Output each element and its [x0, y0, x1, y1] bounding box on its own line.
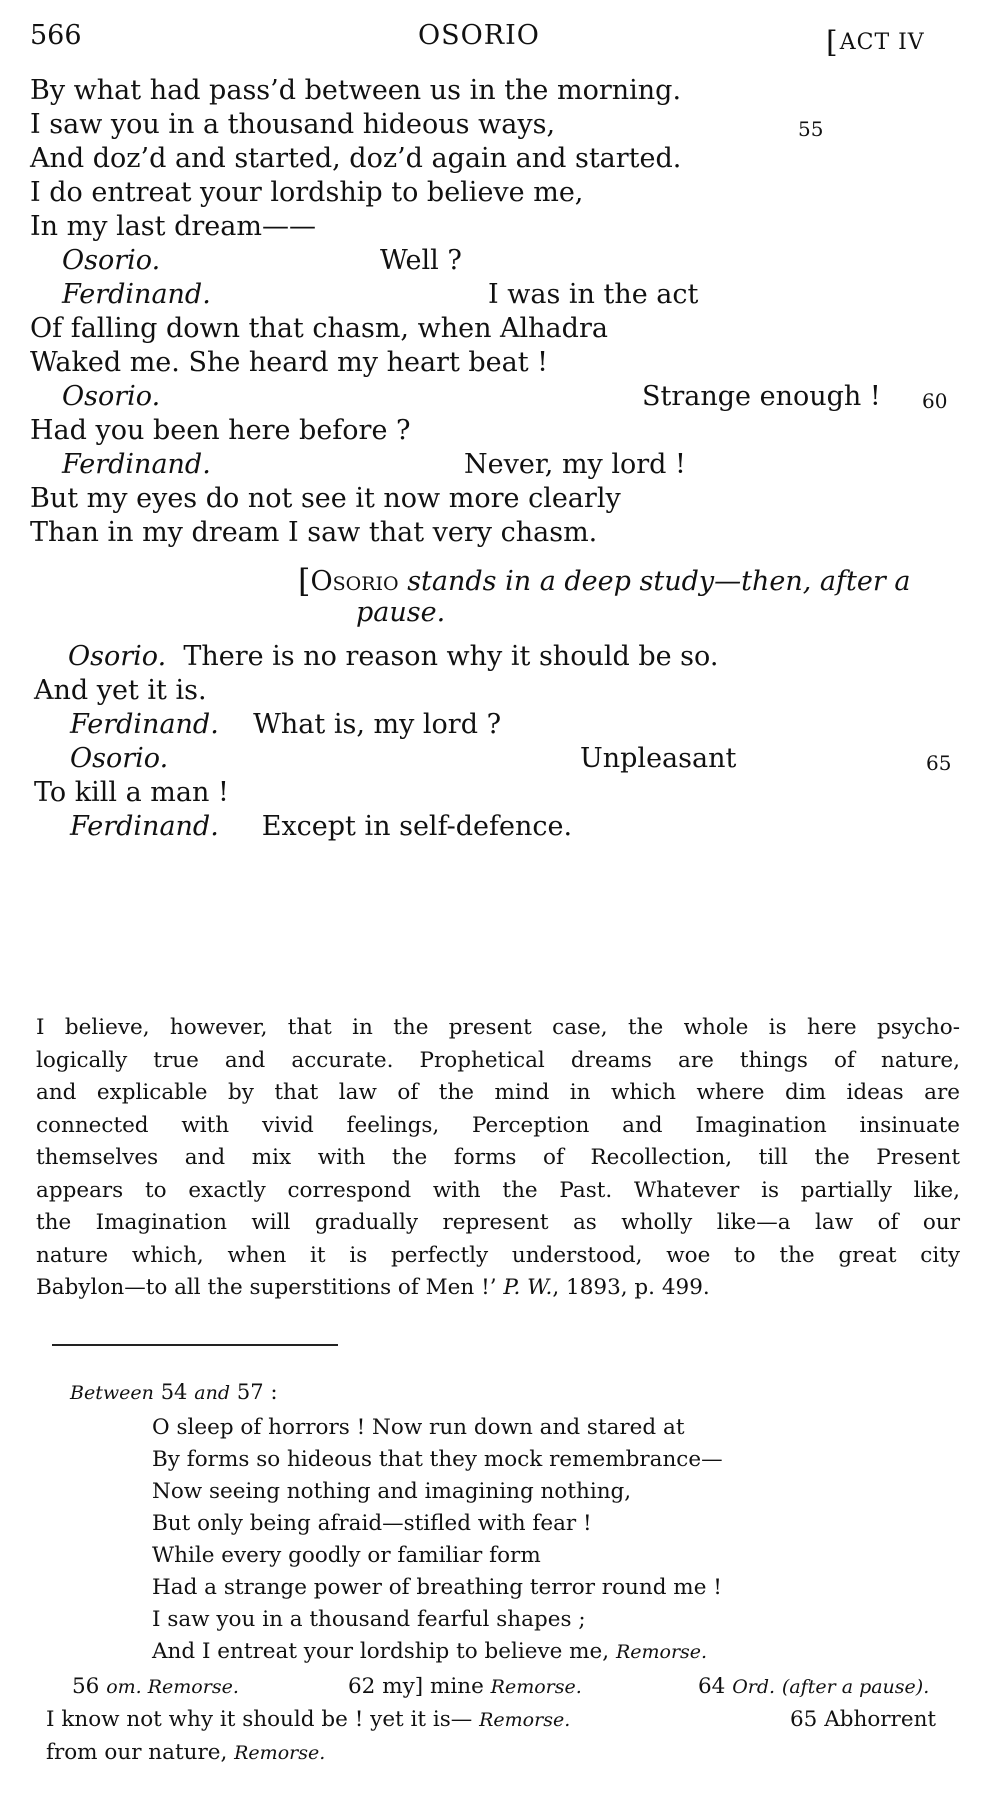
bracket: [	[826, 25, 839, 60]
verse-line: Had you been here before ?	[30, 414, 411, 448]
speaker-name: Ferdinand.	[62, 278, 211, 312]
verse-line: And yet it is.	[34, 674, 207, 708]
heading-punct: :	[264, 1380, 278, 1405]
verse-line: By what had pass’d between us in the mor…	[30, 74, 681, 108]
verse-line: I saw you in a thousand hideous ways,	[30, 108, 555, 142]
heading-text: and	[194, 1382, 230, 1404]
verse-line: Never, my lord !	[464, 448, 686, 482]
apparatus-note-64: 64 Ord. (after a pause).	[698, 1670, 929, 1704]
verse-line: I was in the act	[488, 278, 698, 312]
verse-line: Ferdinand. What is, my lord ?	[70, 708, 501, 742]
variant-line: While every goodly or familiar form	[152, 1540, 541, 1573]
section-label: [ACT IV	[826, 24, 925, 59]
verse-line: To kill a man !	[34, 776, 229, 810]
source-ref: Remorse.	[616, 1641, 707, 1663]
verse-line: Osorio. There is no reason why it should…	[68, 640, 718, 674]
note-text: om. Remorse.	[106, 1676, 239, 1698]
verse-line: Unpleasant	[580, 742, 736, 776]
speaker-name: Osorio.	[68, 641, 166, 672]
speaker-name: Ferdinand.	[70, 811, 219, 842]
commentary-line: the Imagination will gradually represent…	[36, 1207, 960, 1240]
verse-line: But my eyes do not see it now more clear…	[30, 482, 621, 516]
speaker-name: Ferdinand.	[62, 448, 211, 482]
speaker-name: Osorio.	[62, 244, 160, 278]
commentary-line: appears to exactly correspond with the P…	[36, 1175, 960, 1208]
commentary-text: Babylon—to all the superstitions of Men …	[36, 1275, 503, 1300]
stage-direction-continued: pause.	[356, 596, 445, 630]
line-number: 65	[926, 746, 951, 780]
apparatus-note-62: 62 my] mine Remorse.	[348, 1670, 582, 1704]
variant-line: But only being afraid—stifled with fear …	[152, 1508, 592, 1541]
line-number: 60	[922, 384, 947, 418]
commentary-line: Babylon—to all the superstitions of Men …	[36, 1272, 960, 1305]
variant-line: O sleep of horrors ! Now run down and st…	[152, 1412, 684, 1445]
verse-line: And doz’d and started, doz’d again and s…	[30, 142, 681, 176]
apparatus-note-65: 65 Abhorrent	[790, 1703, 936, 1736]
apparatus-line: I know not why it should be ! yet it is—…	[46, 1703, 570, 1737]
commentary-line: connected with vivid feelings, Perceptio…	[36, 1110, 960, 1143]
verse-text: What is, my lord ?	[253, 709, 501, 740]
footnote-divider	[52, 1344, 338, 1346]
speaker-name: Osorio.	[62, 380, 160, 414]
note-text: I know not why it should be ! yet it is—	[46, 1707, 479, 1732]
verse-line: In my last dream——	[30, 210, 316, 244]
verse-line: Waked me. She heard my heart beat !	[30, 346, 548, 380]
commentary-line: logically true and accurate. Prophetical…	[36, 1045, 960, 1078]
stage-direction: [Osorio stands in a deep study—then, aft…	[298, 562, 910, 599]
verse-line: I do entreat your lordship to believe me…	[30, 176, 583, 210]
page-number: 566	[30, 20, 82, 52]
line-number: 55	[798, 112, 823, 146]
line-ref: 65	[790, 1707, 817, 1732]
source-ref: Remorse.	[234, 1742, 325, 1764]
verse-line: Ferdinand. Except in self-defence.	[70, 810, 572, 844]
verse-text: There is no reason why it should be so.	[183, 641, 718, 672]
stage-direction-text: stands in a deep study—then, after a	[399, 566, 911, 597]
note-text: (after a pause).	[782, 1676, 929, 1698]
verse-line: Well ?	[380, 244, 462, 278]
commentary-block: I believe, however, that in the present …	[36, 1012, 960, 1305]
variant-line: I saw you in a thousand fearful shapes ;	[152, 1604, 586, 1637]
character-name: Osorio	[310, 566, 398, 597]
variant-line: Had a strange power of breathing terror …	[152, 1572, 722, 1605]
note-text: Abhorrent	[824, 1707, 936, 1732]
commentary-line: and explicable by that law of the mind i…	[36, 1077, 960, 1110]
variant-line: Now seeing nothing and imagining nothing…	[152, 1476, 631, 1509]
variant-heading: Between 54 and 57 :	[70, 1376, 278, 1410]
heading-text: Between	[70, 1382, 154, 1404]
line-ref: 62	[348, 1674, 375, 1699]
running-title: OSORIO	[418, 20, 540, 52]
speaker-name: Osorio.	[70, 742, 168, 776]
commentary-line: themselves and mix with the forms of Rec…	[36, 1142, 960, 1175]
note-text: Ord.	[732, 1676, 775, 1698]
commentary-line: nature which, when it is perfectly under…	[36, 1240, 960, 1273]
apparatus-note-56: 56 om. Remorse.	[72, 1670, 239, 1704]
variant-text: And I entreat your lordship to believe m…	[152, 1639, 616, 1664]
speaker-name: Ferdinand.	[70, 709, 219, 740]
citation-detail: , 1893, p. 499.	[552, 1275, 709, 1300]
line-ref: 57	[237, 1380, 264, 1404]
note-text: my] mine	[382, 1674, 490, 1699]
line-ref: 56	[72, 1674, 99, 1699]
apparatus-line: from our nature, Remorse.	[46, 1736, 325, 1770]
verse-line: Strange enough !	[642, 380, 881, 414]
verse-text: Except in self-defence.	[262, 811, 572, 842]
line-ref: 64	[698, 1674, 725, 1699]
citation: P. W.	[503, 1275, 552, 1300]
variant-line: And I entreat your lordship to believe m…	[152, 1636, 707, 1669]
line-ref: 54	[161, 1380, 188, 1404]
verse-line: Of falling down that chasm, when Alhadra	[30, 312, 608, 346]
commentary-line: I believe, however, that in the present …	[36, 1012, 960, 1045]
verse-line: Than in my dream I saw that very chasm.	[30, 516, 597, 550]
source-ref: Remorse.	[491, 1676, 582, 1698]
variant-line: By forms so hideous that they mock remem…	[152, 1444, 723, 1477]
act-number: ACT IV	[840, 30, 925, 55]
source-ref: Remorse.	[479, 1709, 570, 1731]
note-text: from our nature,	[46, 1740, 234, 1765]
bracket: [	[298, 562, 310, 600]
